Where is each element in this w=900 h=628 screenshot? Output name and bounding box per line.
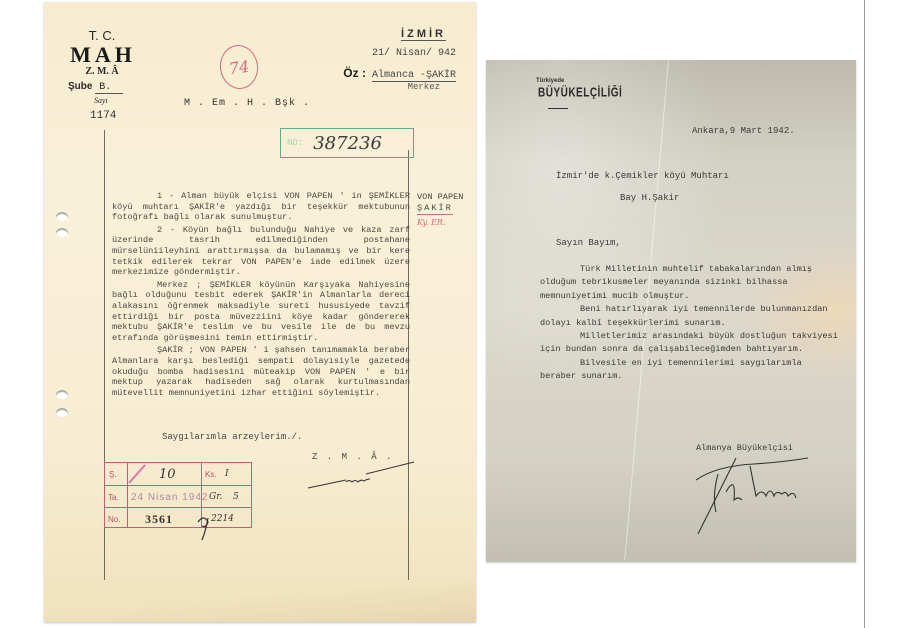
- closing-line: Saygılarımla arzeylerim./.: [162, 432, 302, 442]
- report-paragraph-3: Merkez ; ŞEMİKLER köyünün Karşıyaka Nahi…: [112, 280, 410, 344]
- recipient-line2: Bay H.Şakir: [620, 193, 679, 203]
- stamp-s-label: Ş.: [109, 463, 117, 485]
- margin-note-handwritten: Ky. ER.: [417, 217, 463, 228]
- stamp-gr-label: Gr.: [209, 486, 222, 508]
- stamp-handwritten-mark: 10: [159, 463, 176, 485]
- green-stamp-label: NO:: [287, 138, 303, 148]
- margin-note-line1: VON PAPEN: [417, 192, 463, 203]
- sube-label: Şube: [68, 81, 92, 92]
- sayi-label: Sayı: [94, 96, 108, 105]
- letter-paragraph-1: Türk Milletinin muhtelif tabakalarından …: [540, 263, 840, 303]
- letterhead-tc: T. C.: [72, 28, 132, 43]
- punch-hole: [56, 390, 68, 399]
- right-document-scan: Türkiyede BÜYÜKELÇİLİĞİ Ankara,9 Mart 19…: [486, 60, 856, 562]
- report-paragraph-4: ŞAKİR ; VON PAPEN ' i şahsen tanımamakla…: [112, 345, 410, 398]
- letterhead-rule: [548, 108, 568, 109]
- circled-number-annotation: 74: [217, 43, 261, 92]
- embassy-letterhead-line2: BÜYÜKELÇİLİĞİ: [538, 87, 622, 101]
- stamp-no-label: No.: [108, 508, 120, 530]
- page-divider-line: [864, 0, 865, 628]
- stamp-row-s: Ş. 10 Ks. I: [105, 463, 251, 485]
- sayi-value: 1174: [90, 110, 116, 122]
- pink-slash-icon: [127, 463, 147, 485]
- stamp-no-value: 3561: [145, 508, 173, 530]
- registry-stamp: Ş. 10 Ks. I Ta. 24 Nisan 1942 Gr. 5 No. …: [104, 462, 252, 528]
- report-body: 1 - Alman büyük elçisi VON PAPEN ' in ŞE…: [112, 191, 410, 400]
- stamp-ks-value: I: [225, 463, 229, 485]
- green-stamp-number: 387236: [313, 133, 382, 154]
- subject-value: Almanca -ŞAKİR: [372, 70, 456, 82]
- subject-line: Öz : Almanca -ŞAKİR: [343, 66, 456, 81]
- green-registry-stamp: NO: 387236: [280, 128, 414, 158]
- city-heading: İZMİR: [401, 28, 446, 41]
- stamp-row-ta: Ta. 24 Nisan 1942 Gr. 5: [105, 485, 251, 507]
- punch-hole: [56, 228, 68, 237]
- stamp-row-no: No. 3561 2214: [105, 507, 251, 529]
- sube-value: B.: [95, 82, 123, 94]
- letter-date: Ankara,9 Mart 1942.: [692, 126, 795, 136]
- margin-note: VON PAPEN ŞAKİR Ky. ER.: [417, 192, 463, 228]
- stamp-date: 24 Nisan 1942: [131, 486, 209, 508]
- recipient-line1: İzmir'de k.Çemikler köyü Muhtarı: [556, 171, 729, 181]
- punch-hole: [56, 212, 68, 221]
- letter-paragraph-2: Beni hatırlıyarak iyi temennilerde bulun…: [540, 303, 840, 330]
- embassy-letterhead-line1: Türkiyede: [536, 78, 564, 84]
- addressee: M . Em . H . Bşk .: [184, 98, 310, 109]
- stamp-gr-value: 5: [233, 486, 239, 508]
- letterhead-unit: Z. M. Â: [72, 66, 132, 77]
- margin-note-line2: ŞAKİR: [417, 203, 453, 215]
- document-date: 21/ Nisan/ 942: [372, 48, 456, 59]
- stamp-ks-label: Ks.: [205, 463, 217, 485]
- report-paragraph-2: 2 - Köyün bağlı bulunduğu Nahiye ve kaza…: [112, 225, 410, 278]
- report-paragraph-1: 1 - Alman büyük elçisi VON PAPEN ' in ŞE…: [112, 191, 410, 223]
- handwritten-initial-icon: [194, 512, 218, 542]
- location-label: Merkez: [408, 82, 440, 92]
- punch-hole: [56, 408, 68, 417]
- letter-paragraph-4: Bilvesile en iyi temennilerimi saygıları…: [540, 357, 840, 384]
- letter-body: Türk Milletinin muhtelif tabakalarından …: [540, 263, 840, 384]
- letterhead-org: MAH: [58, 42, 148, 68]
- letterhead-sube: Şube B.: [68, 81, 123, 93]
- subject-label: Öz :: [343, 66, 366, 80]
- left-document-scan: T. C. MAH Z. M. Â Şube B. Sayı 1174 74 M…: [44, 2, 476, 622]
- stamp-ta-label: Ta.: [108, 486, 119, 508]
- letter-paragraph-3: Milletlerimiz arasındaki büyük dostluğun…: [540, 330, 840, 357]
- papen-signature-icon: [696, 452, 821, 537]
- salutation: Sayın Bayım,: [556, 238, 621, 248]
- handwritten-signature-icon: [306, 460, 416, 490]
